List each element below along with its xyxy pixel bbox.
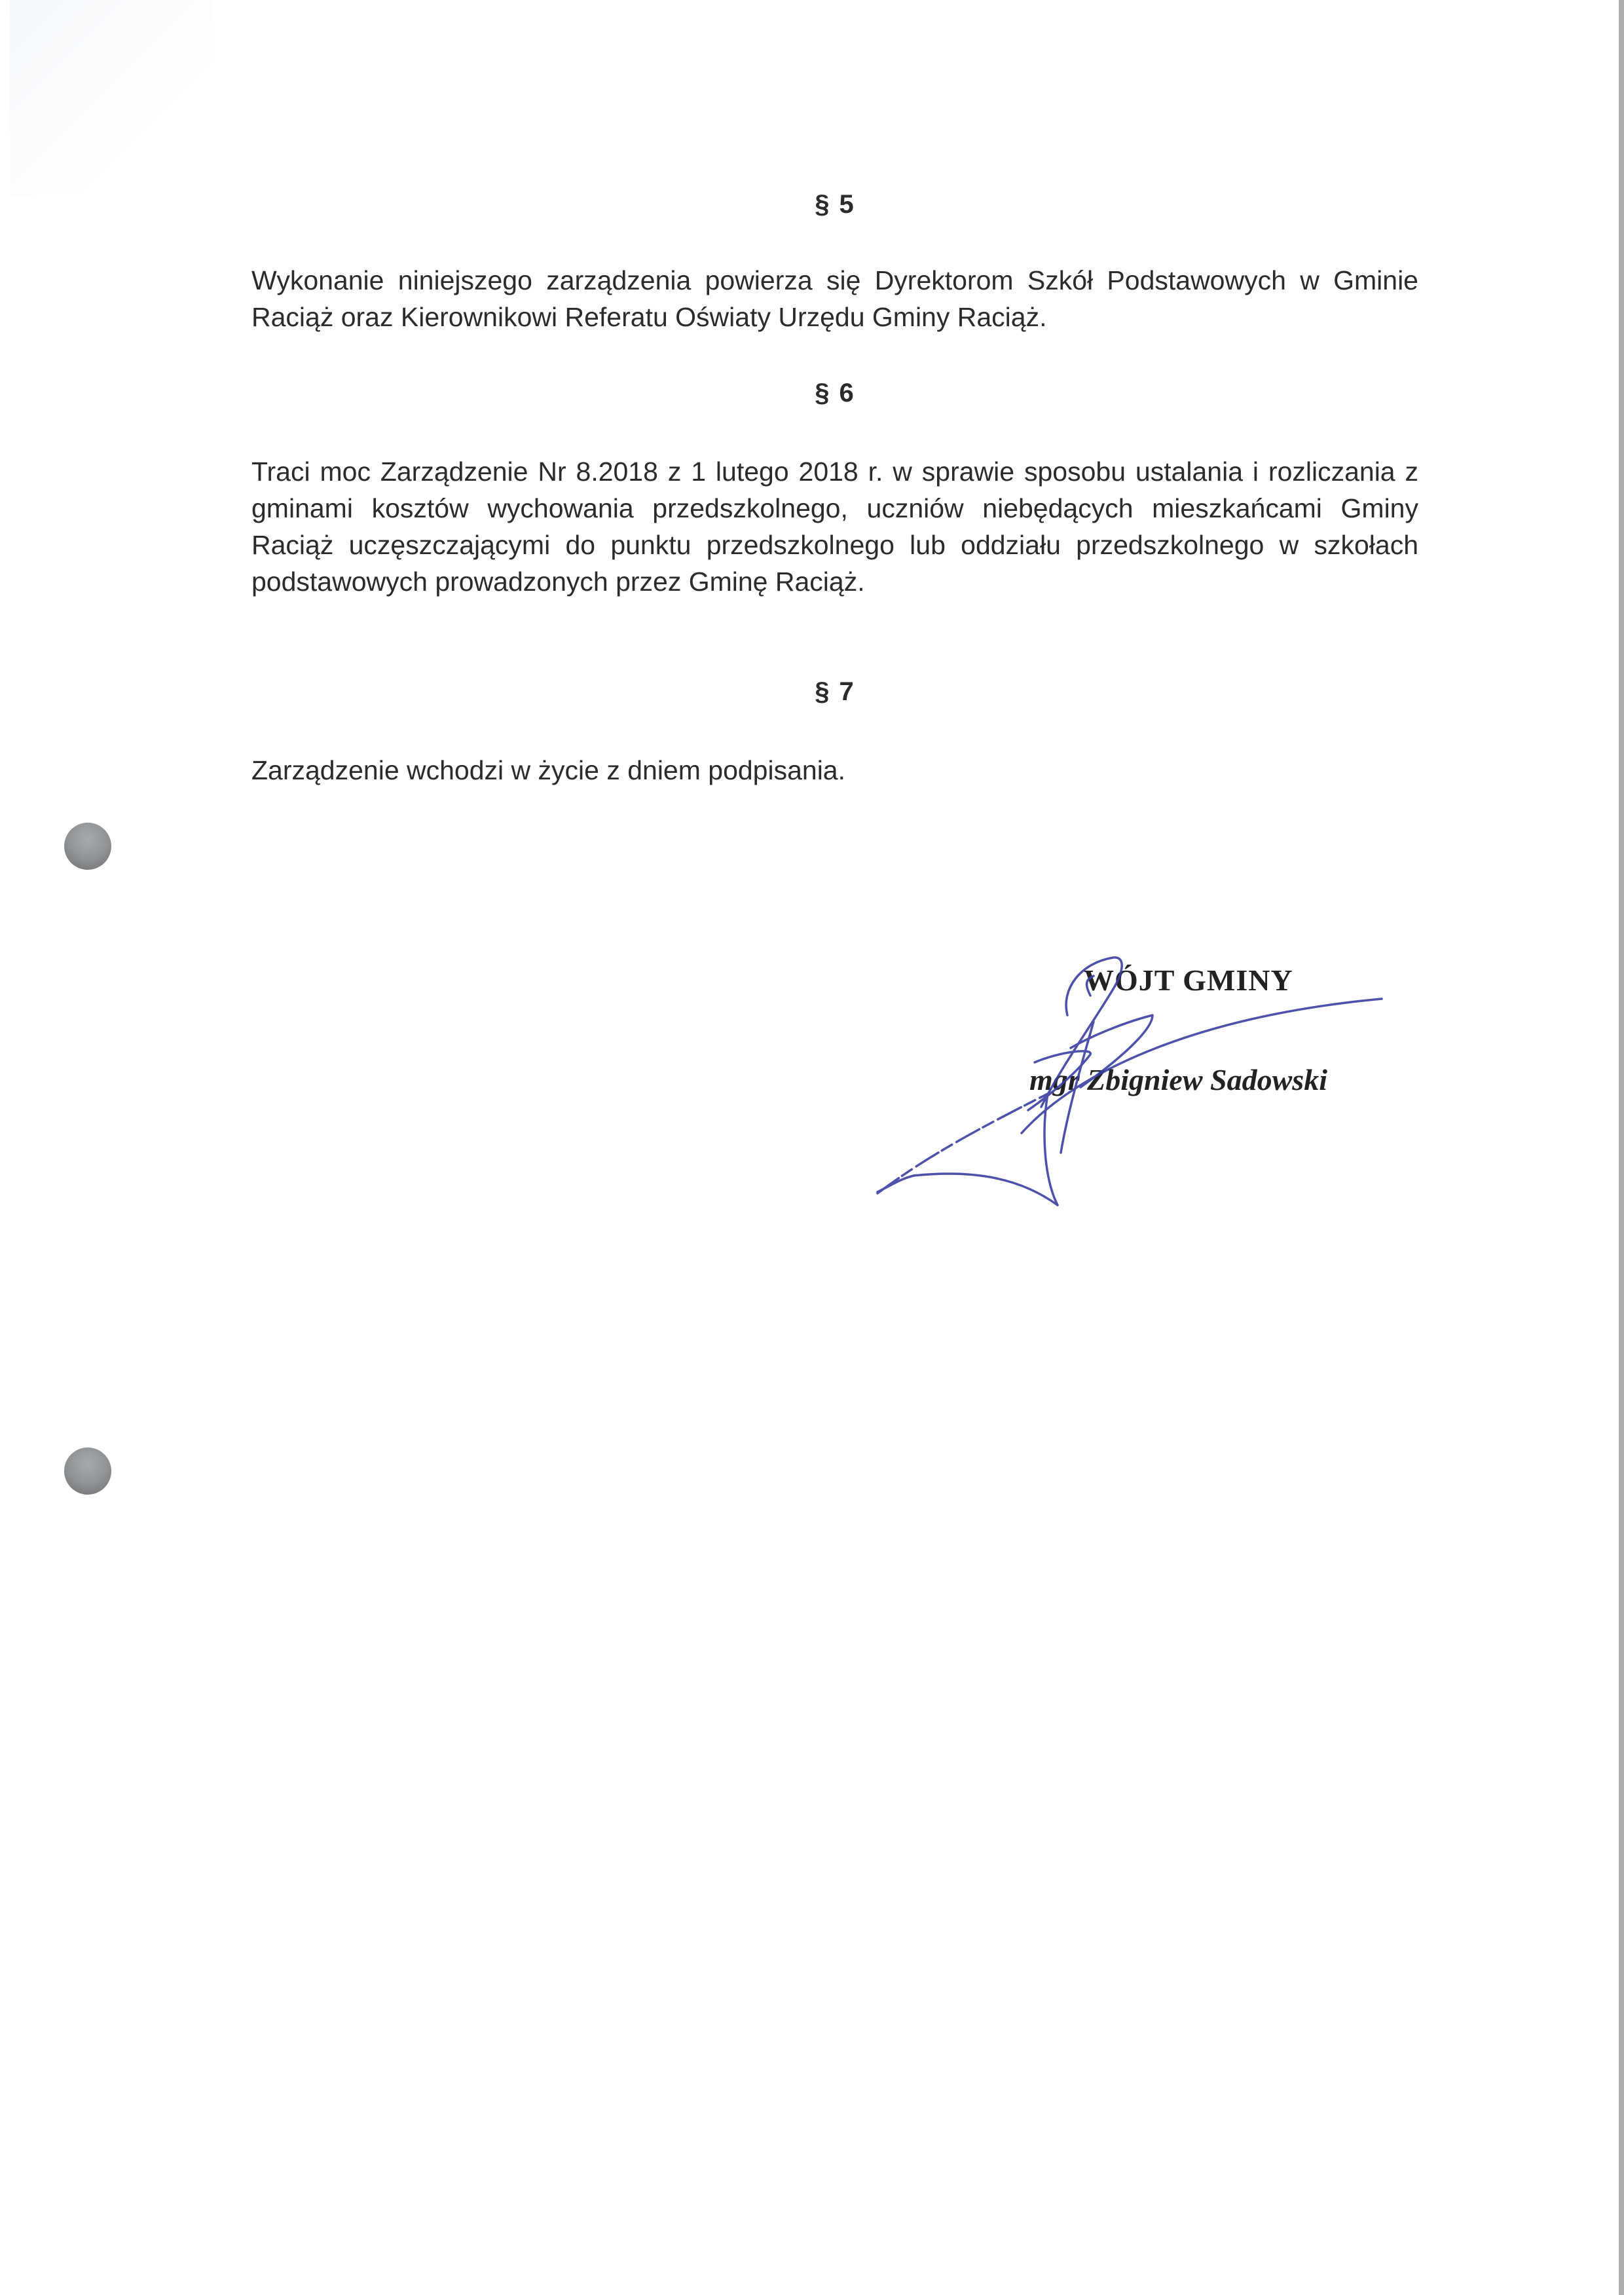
document-page: § 5 Wykonanie niniejszego zarządzenia po… [0, 0, 1624, 2295]
section-mark-6: § 6 [0, 379, 1624, 408]
scan-artifact [10, 0, 213, 196]
page-edge-shadow [1619, 0, 1624, 2295]
section-7-text: Zarządzenie wchodzi w życie z dniem podp… [251, 752, 1418, 789]
section-mark-7: § 7 [0, 677, 1624, 707]
punch-hole-icon [64, 823, 111, 870]
section-mark-5: § 5 [0, 190, 1624, 219]
punch-hole-icon [64, 1447, 111, 1495]
section-5-text: Wykonanie niniejszego zarządzenia powier… [251, 262, 1418, 335]
section-6-text: Traci moc Zarządzenie Nr 8.2018 z 1 lute… [251, 453, 1418, 600]
handwritten-signature-icon [864, 917, 1421, 1231]
signature-block: WÓJT GMINY mgr Zbigniew Sadowski [864, 917, 1421, 1231]
